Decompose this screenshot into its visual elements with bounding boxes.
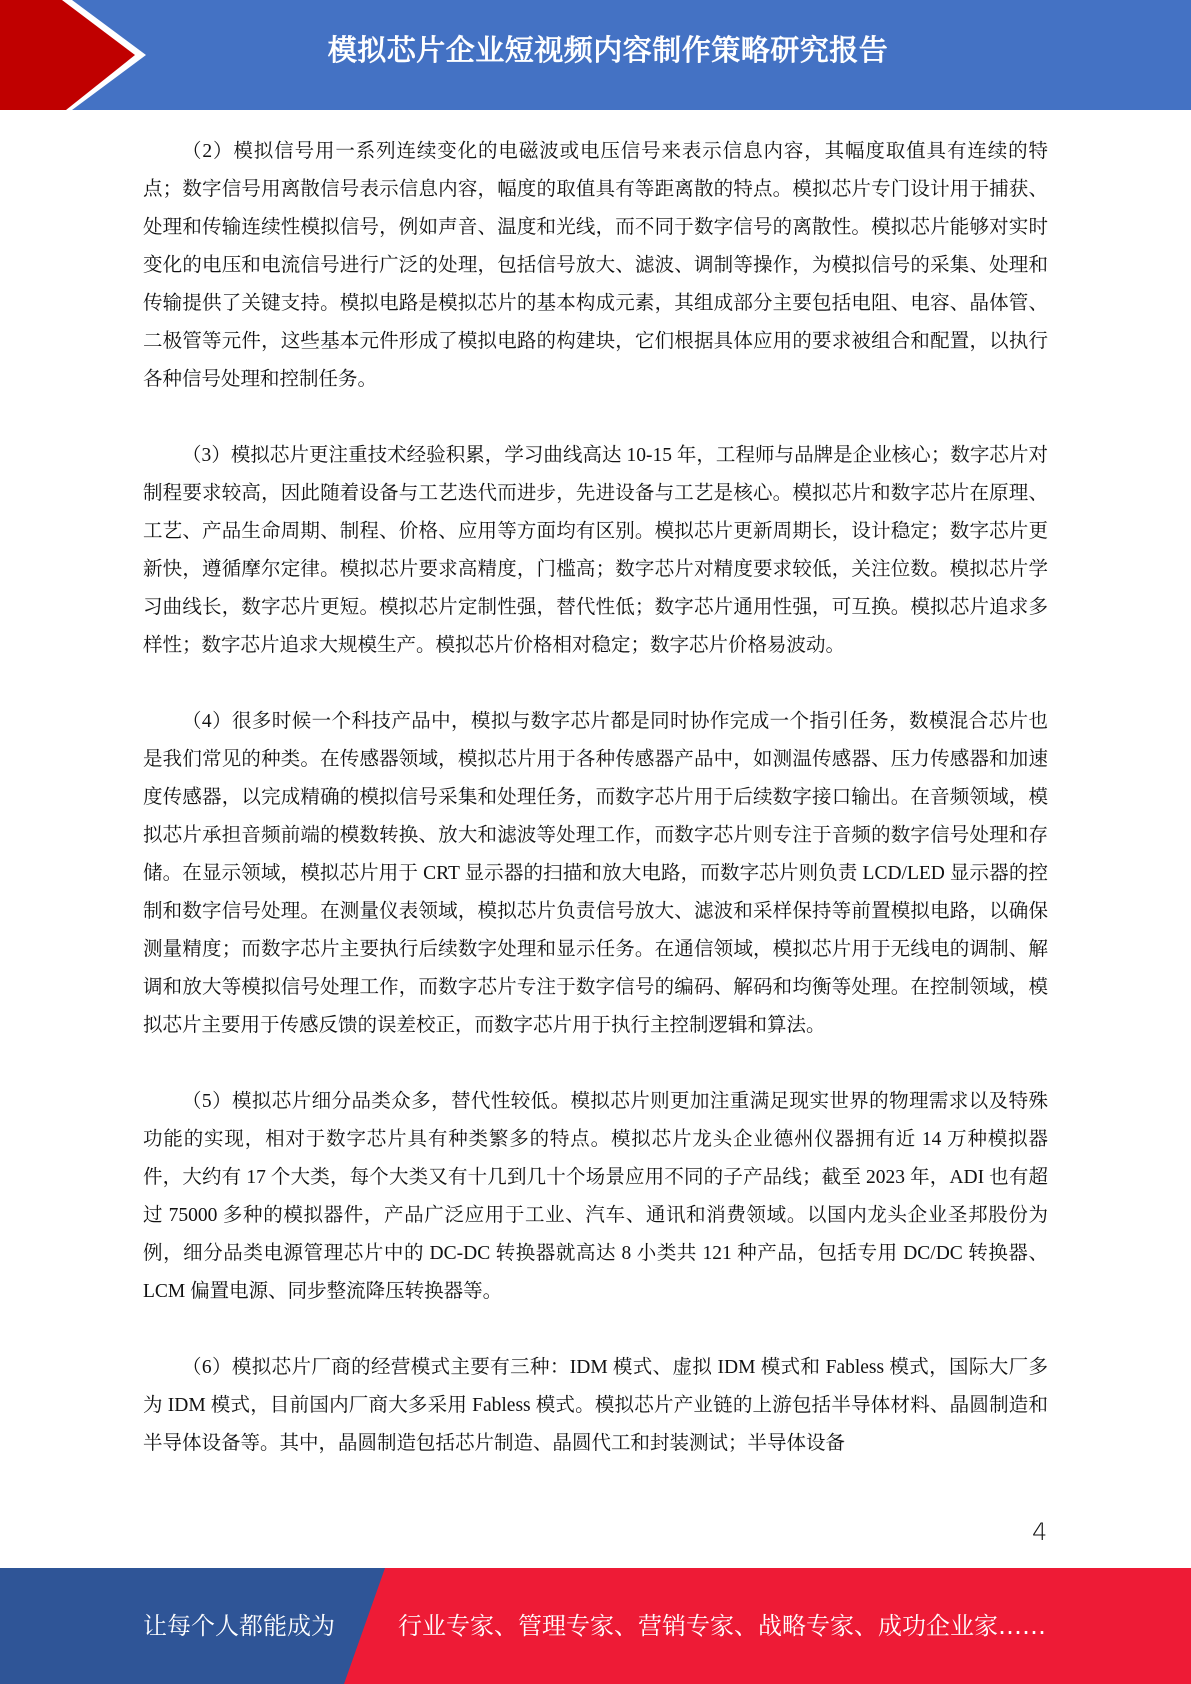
paragraph-2: （2）模拟信号用一系列连续变化的电磁波或电压信号来表示信息内容，其幅度取值具有连… [143, 133, 1048, 399]
footer-banner: 让每个人都能成为 行业专家、管理专家、营销专家、战略专家、成功企业家…… [0, 1568, 1191, 1684]
report-header-banner: 模拟芯片企业短视频内容制作策略研究报告 [0, 0, 1191, 110]
footer-slogan-left: 让每个人都能成为 [143, 1568, 335, 1684]
footer-slogan-right: 行业专家、管理专家、营销专家、战略专家、成功企业家…… [398, 1568, 1046, 1684]
document-body: （2）模拟信号用一系列连续变化的电磁波或电压信号来表示信息内容，其幅度取值具有连… [143, 133, 1048, 1501]
paragraph-5: （5）模拟芯片细分品类众多，替代性较低。模拟芯片则更加注重满足现实世界的物理需求… [143, 1083, 1048, 1311]
report-title: 模拟芯片企业短视频内容制作策略研究报告 [0, 0, 1191, 100]
paragraph-6: （6）模拟芯片厂商的经营模式主要有三种：IDM 模式、虚拟 IDM 模式和 Fa… [143, 1349, 1048, 1463]
page-number: 4 [1032, 1518, 1047, 1546]
paragraph-3: （3）模拟芯片更注重技术经验积累，学习曲线高达 10-15 年，工程师与品牌是企… [143, 437, 1048, 665]
paragraph-4: （4）很多时候一个科技产品中，模拟与数字芯片都是同时协作完成一个指引任务，数模混… [143, 703, 1048, 1045]
